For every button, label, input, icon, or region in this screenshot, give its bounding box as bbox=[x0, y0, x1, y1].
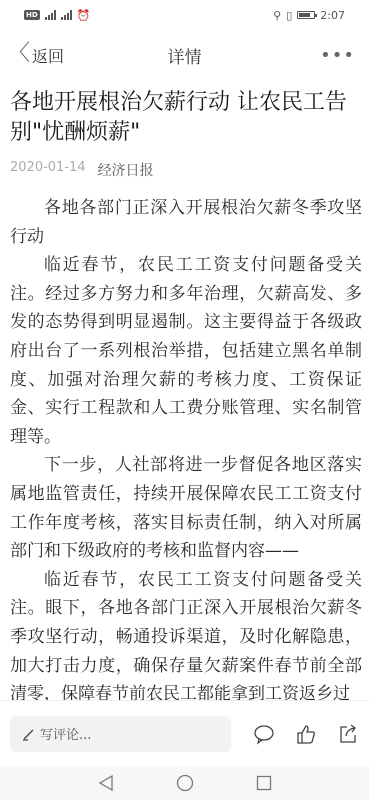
status-left: HD ⏰ bbox=[24, 9, 90, 22]
location-icon: ⚲ bbox=[273, 9, 281, 22]
signal-5g-icon bbox=[45, 10, 56, 20]
back-button[interactable]: 〈 返回 bbox=[8, 44, 64, 67]
comment-input[interactable]: 写评论... bbox=[10, 716, 231, 752]
status-bar: HD ⏰ ⚲ ▯ 2:07 bbox=[0, 0, 369, 30]
share-icon[interactable] bbox=[337, 723, 359, 745]
vibrate-icon: ▯ bbox=[286, 9, 292, 22]
like-icon[interactable] bbox=[295, 723, 317, 745]
more-button[interactable]: ••• bbox=[320, 45, 361, 66]
status-time: 2:07 bbox=[320, 9, 345, 22]
chevron-left-icon: 〈 bbox=[8, 43, 30, 65]
back-triangle-icon[interactable] bbox=[98, 774, 114, 792]
home-circle-icon[interactable] bbox=[176, 774, 194, 792]
status-right: ⚲ ▯ 2:07 bbox=[273, 9, 345, 22]
alarm-icon: ⏰ bbox=[77, 9, 91, 22]
article-date: 2020-01-14 bbox=[10, 160, 86, 180]
top-navbar: 〈 返回 详情 ••• bbox=[0, 33, 369, 77]
paragraph: 各地各部门正深入开展根治欠薪冬季攻坚行动 bbox=[10, 194, 362, 251]
paragraph: 临近春节，农民工工资支付问题备受关注。眼下，各地各部门正深入开展根治欠薪冬季攻坚… bbox=[10, 566, 362, 709]
system-nav-bar bbox=[0, 766, 369, 800]
comment-placeholder: 写评论... bbox=[40, 724, 91, 743]
bottom-action-bar: 写评论... bbox=[0, 700, 369, 766]
hd-icon: HD bbox=[24, 10, 40, 20]
signal-4g-icon bbox=[61, 10, 72, 20]
back-label: 返回 bbox=[32, 44, 64, 67]
recents-square-icon[interactable] bbox=[256, 775, 272, 791]
action-icons bbox=[253, 723, 359, 745]
article-source[interactable]: 经济日报 bbox=[98, 160, 154, 180]
article-headline: 各地开展根治欠薪行动 让农民工告别"忧酬烦薪" bbox=[10, 88, 362, 148]
pencil-icon bbox=[22, 727, 36, 741]
article-meta: 2020-01-14 经济日报 bbox=[10, 160, 362, 180]
article-body: 各地各部门正深入开展根治欠薪冬季攻坚行动 临近春节，农民工工资支付问题备受关注。… bbox=[10, 194, 362, 709]
battery-icon bbox=[297, 11, 315, 19]
paragraph: 下一步，人社部将进一步督促各地区落实属地监管责任，持续开展保障农民工工资支付工作… bbox=[10, 451, 362, 565]
paragraph: 临近春节，农民工工资支付问题备受关注。经过多方努力和多年治理，欠薪高发、多发的态… bbox=[10, 251, 362, 451]
article: 各地开展根治欠薪行动 让农民工告别"忧酬烦薪" 2020-01-14 经济日报 … bbox=[10, 88, 362, 709]
comment-icon[interactable] bbox=[253, 723, 275, 745]
